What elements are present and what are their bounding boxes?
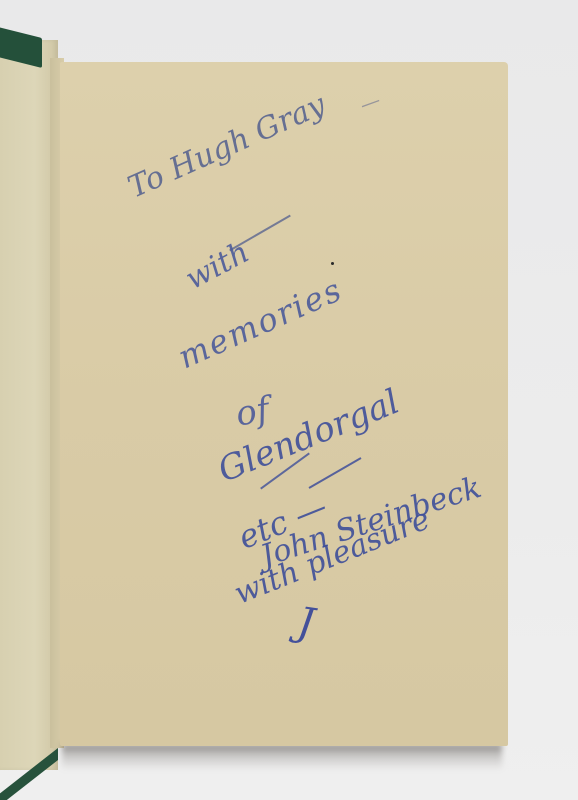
page-shadow [62,744,502,770]
inscribed-page [60,62,508,746]
book-photo: To Hugh Gray — with memories of Glendorg… [0,0,578,800]
